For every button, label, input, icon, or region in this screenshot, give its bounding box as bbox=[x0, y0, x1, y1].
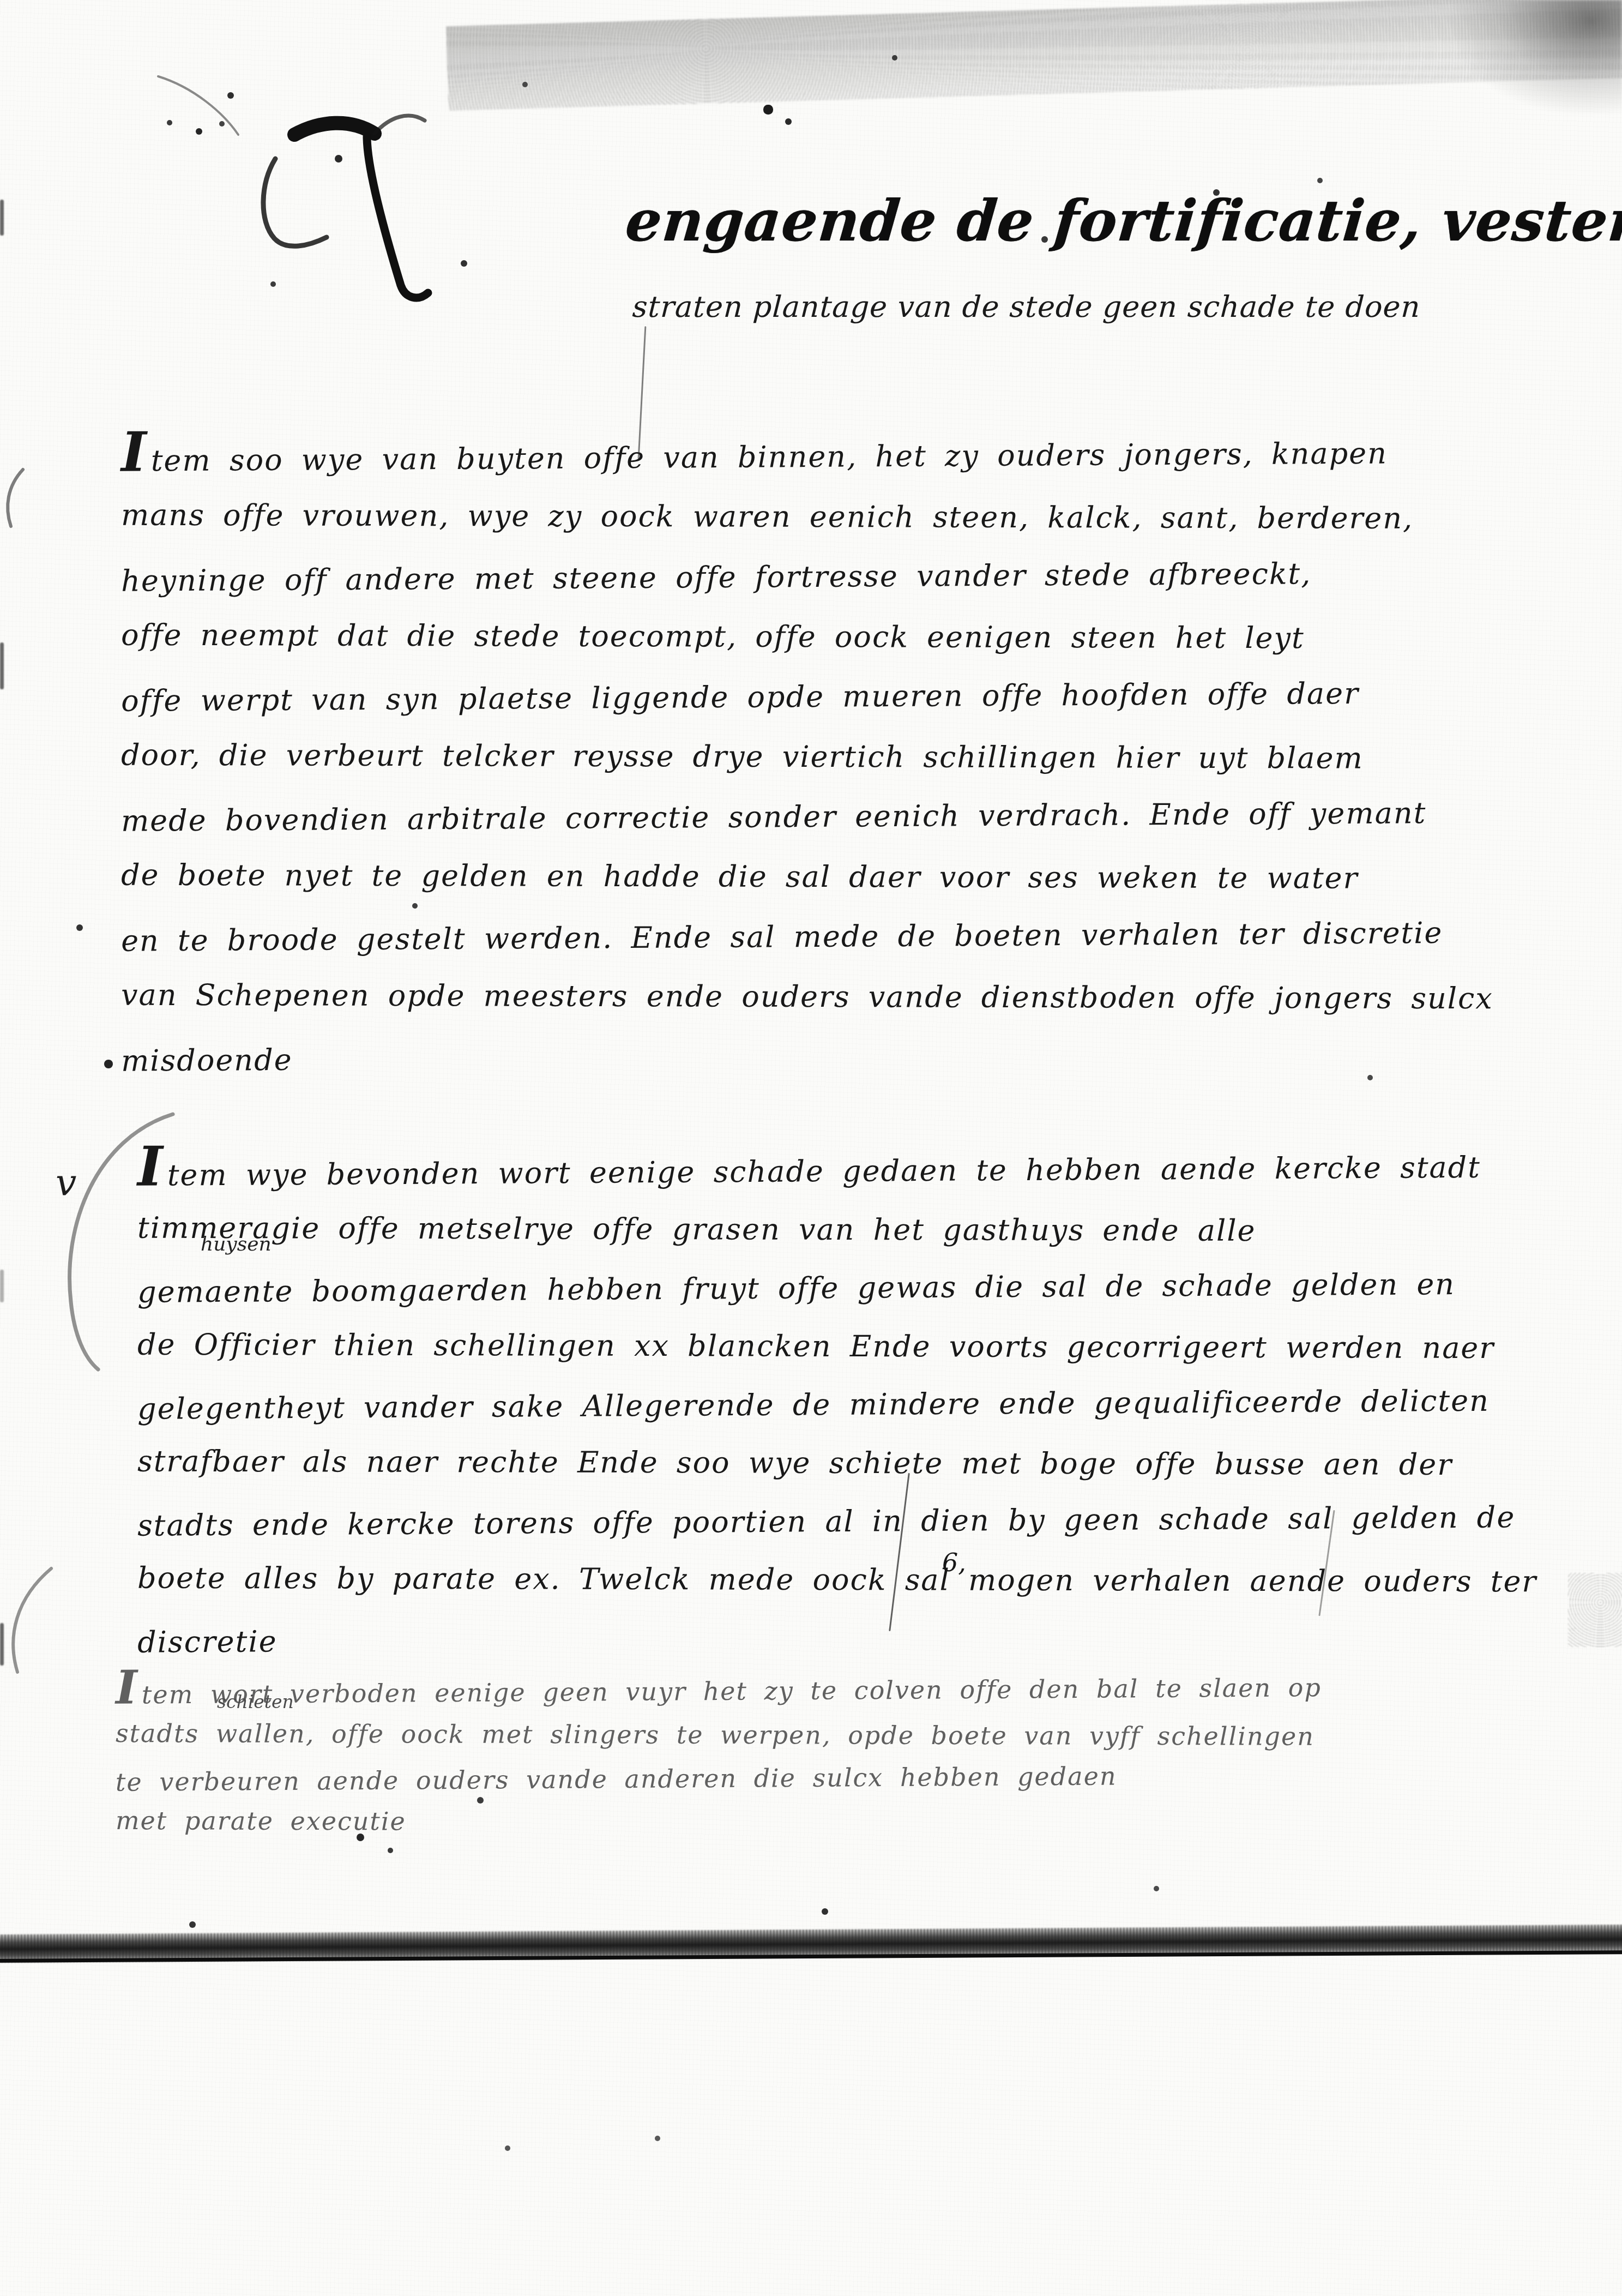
scanner-noise-band bbox=[446, 0, 1622, 111]
paragraph-2: Item wye bevonden wort eenige schade ged… bbox=[137, 1133, 1537, 1667]
manuscript-text-line: stadts ende kercke torens offe poortien … bbox=[137, 1488, 1537, 1555]
manuscript-text-line: door, die verbeurt telcker reysse drye v… bbox=[121, 725, 1493, 789]
ink-speckles bbox=[0, 0, 3, 3]
manuscript-text-line: en te broode gestelt werden. Ende sal me… bbox=[121, 903, 1493, 971]
margin-curl-icon bbox=[1, 1564, 61, 1679]
scan-grain-patch bbox=[1568, 1573, 1622, 1647]
calligraphic-initial-flourish bbox=[106, 52, 455, 324]
manuscript-text-line: met parate executie bbox=[116, 1799, 1322, 1846]
manuscript-text-line: timmeragie offe metselrye offe grasen va… bbox=[137, 1199, 1537, 1261]
scan-edge-streak bbox=[0, 642, 4, 689]
page-subtitle: straten plantage van de stede geen schad… bbox=[632, 292, 1421, 322]
interlinear-insertion: huysen bbox=[201, 1235, 272, 1254]
margin-checkmark: v bbox=[56, 1165, 76, 1202]
manuscript-text-line: Item soo wye van buyten offe van binnen,… bbox=[121, 413, 1493, 491]
scan-edge-streak bbox=[0, 200, 4, 236]
manuscript-text-line: de Officier thien schellingen xx blancke… bbox=[137, 1315, 1537, 1378]
page-title: engaende de fortificatie, vesten, bbox=[623, 190, 1622, 252]
manuscript-page: engaende de fortificatie, vesten, strate… bbox=[0, 0, 1622, 2296]
scanner-noise-corner bbox=[1450, 0, 1622, 115]
manuscript-text-line: offe neempt dat die stede toecompt, offe… bbox=[121, 605, 1493, 669]
manuscript-text-line: te verbeuren aende ouders vande anderen … bbox=[116, 1753, 1322, 1804]
interlinear-insertion: schieten bbox=[217, 1693, 294, 1711]
manuscript-text-line: van Schepenen opde meesters ende ouders … bbox=[121, 965, 1493, 1029]
manuscript-text-line: offe werpt van syn plaetse liggende opde… bbox=[121, 663, 1493, 731]
paragraph-3: Item wort verboden eenige geen vuyr het … bbox=[116, 1662, 1322, 1844]
manuscript-text-line: gemaente boomgaerden hebben fruyt offe g… bbox=[137, 1254, 1537, 1321]
manuscript-text-line: mede bovendien arbitrale correctie sonde… bbox=[121, 783, 1493, 851]
manuscript-text-line: stadts wallen, offe oock met slingers te… bbox=[116, 1711, 1322, 1758]
margin-curl-icon bbox=[1, 466, 34, 532]
scan-edge-streak bbox=[0, 1270, 4, 1302]
manuscript-text-line: misdoende bbox=[121, 1023, 1493, 1091]
manuscript-text-line: mans offe vrouwen, wye zy oock waren een… bbox=[121, 485, 1493, 549]
paragraph-1: Item soo wye van buyten offe van binnen,… bbox=[121, 418, 1493, 1087]
manuscript-text-line: Item wort verboden eenige geen vuyr het … bbox=[116, 1658, 1322, 1717]
manuscript-text-line: gelegentheyt vander sake Allegerende de … bbox=[137, 1371, 1537, 1438]
manuscript-text-line: strafbaer als naer rechte Ende soo wye s… bbox=[137, 1432, 1537, 1494]
manuscript-text-line: heyninge off andere met steene offe fort… bbox=[121, 543, 1493, 611]
stray-pen-mark: 6, bbox=[942, 1550, 966, 1575]
manuscript-text-line: Item wye bevonden wort eenige schade ged… bbox=[137, 1129, 1537, 1205]
manuscript-text-line: de boete nyet te gelden en hadde die sal… bbox=[121, 845, 1493, 909]
